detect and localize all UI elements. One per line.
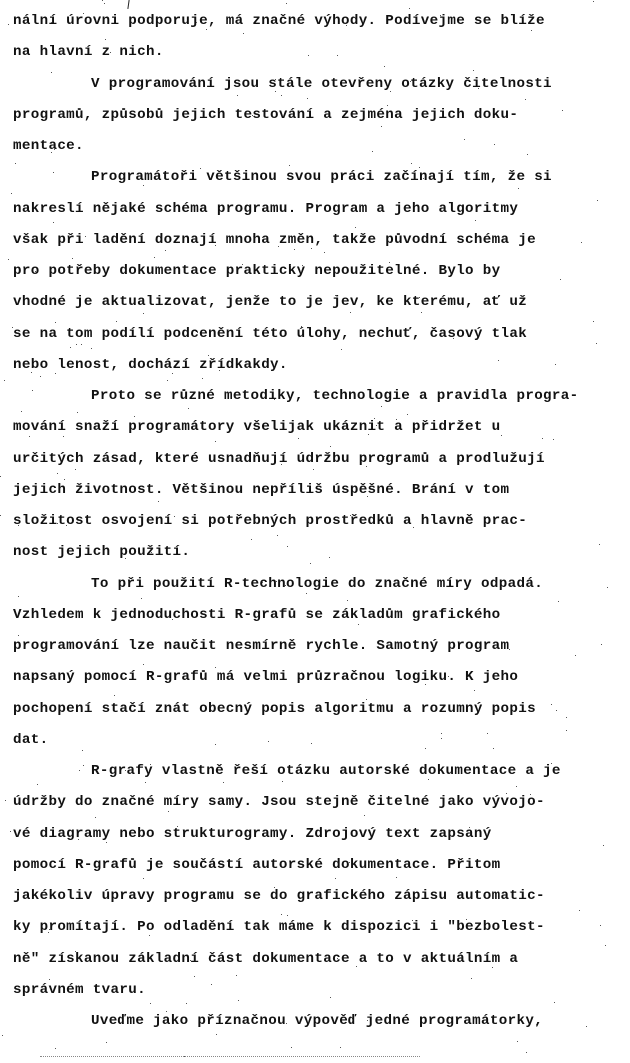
scan-speck — [575, 655, 576, 656]
scan-speck — [423, 178, 424, 179]
scan-speck — [35, 271, 36, 272]
scan-speck — [251, 539, 252, 540]
scan-speck — [315, 802, 316, 803]
scan-speck — [11, 193, 12, 194]
scan-speck — [412, 920, 413, 921]
scan-speck — [194, 976, 195, 977]
scan-speck — [581, 242, 582, 243]
scan-speck — [337, 55, 338, 56]
scan-speck — [40, 376, 41, 377]
scan-speck — [145, 782, 146, 783]
scan-speck — [413, 527, 414, 528]
scan-speck — [358, 624, 359, 625]
scan-speck — [238, 1000, 239, 1001]
scan-speck — [116, 321, 117, 322]
scan-speck — [474, 690, 475, 691]
scan-speck — [21, 411, 22, 412]
scan-speck — [190, 960, 191, 961]
text-line: V programování jsou stále otevřeny otázk… — [91, 75, 552, 93]
scan-speck — [593, 321, 594, 322]
scan-speck — [441, 733, 442, 734]
scan-speck — [243, 33, 244, 34]
scan-speck — [311, 743, 312, 744]
scan-speck — [335, 295, 336, 296]
scan-speck — [527, 154, 528, 155]
scan-speck — [215, 441, 216, 442]
scan-speck — [329, 557, 330, 558]
scan-speck — [53, 172, 54, 173]
scan-speck — [37, 784, 38, 785]
scan-speck — [330, 446, 331, 447]
scan-speck — [467, 677, 468, 678]
scan-speck — [409, 8, 410, 9]
scan-speck — [150, 1003, 151, 1004]
scan-speck — [368, 434, 369, 435]
scan-speck — [324, 252, 325, 253]
scan-speck — [75, 951, 76, 952]
scan-speck — [5, 800, 6, 801]
scan-speck — [350, 515, 351, 516]
scan-speck — [310, 563, 311, 564]
scan-speck — [85, 236, 86, 237]
scan-speck — [158, 501, 159, 502]
scan-speck — [31, 372, 32, 373]
scan-noise-line — [40, 1056, 420, 1058]
scan-speck — [487, 733, 488, 734]
scan-speck — [0, 515, 1, 516]
scan-speck — [410, 81, 411, 82]
scan-speck — [143, 878, 144, 879]
scan-speck — [78, 839, 79, 840]
scan-speck — [18, 525, 19, 526]
scan-speck — [290, 265, 291, 266]
text-line: určitých zásad, které usnadňují údržbu p… — [13, 450, 545, 468]
scan-speck — [381, 126, 382, 127]
scan-speck — [82, 750, 83, 751]
text-line: Programátoři většinou svou práci začínaj… — [91, 168, 552, 186]
text-line: nakreslí nějaké schéma programu. Program… — [13, 200, 518, 218]
scan-speck — [457, 520, 458, 521]
scan-speck — [174, 516, 175, 517]
scan-speck — [75, 469, 76, 470]
scan-speck — [0, 476, 1, 477]
scan-speck — [355, 227, 356, 228]
scan-speck — [330, 997, 331, 998]
scan-speck — [64, 479, 65, 480]
scan-speck — [364, 815, 365, 816]
scan-speck — [79, 770, 80, 771]
scan-speck — [51, 22, 52, 23]
scan-speck — [239, 836, 240, 837]
scan-speck — [566, 717, 567, 718]
scan-speck — [215, 744, 216, 745]
scan-speck — [206, 29, 207, 30]
scan-speck — [286, 1023, 287, 1024]
text-line: dat. — [13, 731, 48, 749]
scan-speck — [29, 436, 30, 437]
scan-speck — [526, 1052, 527, 1053]
scan-speck — [57, 523, 58, 524]
scan-speck — [186, 1003, 187, 1004]
scan-speck — [55, 322, 56, 323]
scan-speck — [188, 408, 189, 409]
scan-speck — [349, 862, 350, 863]
scan-speck — [478, 88, 479, 89]
scan-speck — [76, 344, 77, 345]
text-line: nální úrovni podporuje, má značné výhody… — [13, 12, 545, 30]
scan-speck — [281, 95, 282, 96]
scan-speck — [102, 0, 103, 1]
scan-speck — [286, 3, 287, 4]
scan-speck — [72, 258, 73, 259]
scan-speck — [350, 312, 351, 313]
scan-speck — [536, 1024, 537, 1025]
scan-speck — [8, 24, 9, 25]
text-line: vhodné je aktualizovat, jenže to je jev,… — [13, 293, 527, 311]
text-line: programů, způsobů jejich testování a zej… — [13, 106, 518, 124]
scan-speck — [236, 975, 237, 976]
scan-speck — [387, 105, 388, 106]
text-line: nost jejich použití. — [13, 543, 190, 561]
scan-speck — [15, 163, 16, 164]
scan-speck — [281, 464, 282, 465]
scan-speck — [492, 967, 493, 968]
scan-speck — [285, 585, 286, 586]
scan-speck — [202, 378, 203, 379]
scan-speck — [83, 13, 84, 14]
text-line: pro potřeby dokumentace prakticky nepouž… — [13, 262, 501, 280]
scan-speck — [268, 741, 269, 742]
scan-speck — [4, 380, 5, 381]
scan-speck — [177, 826, 178, 827]
text-line: programování lze naučit nesmírně rychle.… — [13, 637, 509, 655]
scan-speck — [306, 593, 307, 594]
scan-speck — [12, 327, 13, 328]
scan-speck — [506, 793, 507, 794]
scan-speck — [542, 438, 543, 439]
scan-speck — [278, 246, 279, 247]
scan-speck — [285, 922, 286, 923]
scan-speck — [389, 262, 390, 263]
scan-speck — [215, 245, 216, 246]
scan-speck — [396, 877, 397, 878]
scan-speck — [166, 1011, 167, 1012]
scan-speck — [287, 915, 288, 916]
text-line: se na tom podílí podcenění této úlohy, n… — [13, 325, 527, 343]
text-line: pochopení stačí znát obecný popis algori… — [13, 700, 536, 718]
text-line: pomocí R-grafů je součástí autorské doku… — [13, 856, 501, 874]
scan-speck — [143, 664, 144, 665]
scan-speck — [396, 419, 397, 420]
scan-speck — [367, 1020, 368, 1021]
scan-speck — [600, 925, 601, 926]
scan-speck — [282, 781, 283, 782]
scan-speck — [372, 151, 373, 152]
scan-speck — [195, 864, 196, 865]
scan-speck — [53, 222, 54, 223]
scan-speck — [242, 264, 243, 265]
scan-speck — [70, 347, 71, 348]
text-line: ky promítají. Po odladění tak máme k dis… — [13, 918, 545, 936]
scan-speck — [55, 1048, 56, 1049]
scan-speck — [48, 932, 49, 933]
scan-speck — [211, 984, 212, 985]
scan-speck — [10, 831, 11, 832]
scan-speck — [294, 249, 295, 250]
scan-speck — [471, 978, 472, 979]
scan-speck — [593, 1, 594, 2]
scan-speck — [553, 439, 554, 440]
scan-speck — [262, 582, 263, 583]
scan-speck — [419, 167, 420, 168]
scan-speck — [49, 929, 50, 930]
scan-speck — [143, 185, 144, 186]
text-line: ně" získanou základní část dokumentace a… — [13, 950, 518, 968]
scan-speck — [200, 168, 201, 169]
scan-speck — [66, 525, 67, 526]
scan-speck — [208, 355, 209, 356]
scan-speck — [407, 414, 408, 415]
scan-speck — [54, 149, 55, 150]
scan-speck — [374, 418, 375, 419]
text-line: napsaný pomocí R-grafů má velmi průzračn… — [13, 668, 518, 686]
scan-speck — [141, 598, 142, 599]
scan-speck — [125, 558, 126, 559]
scan-speck — [167, 380, 168, 381]
text-line: správném tvaru. — [13, 981, 146, 999]
scan-speck — [151, 552, 152, 553]
scan-speck — [8, 259, 9, 260]
scan-speck — [165, 250, 166, 251]
scan-speck — [525, 99, 526, 100]
scan-speck — [302, 265, 303, 266]
scan-speck — [63, 436, 64, 437]
scan-speck — [105, 39, 106, 40]
scan-speck — [18, 635, 19, 636]
scan-speck — [335, 878, 336, 879]
scan-speck — [337, 958, 338, 959]
scan-speck — [150, 764, 151, 765]
scan-speck — [106, 1042, 107, 1043]
scan-speck — [464, 139, 465, 140]
scan-speck — [475, 220, 476, 221]
text-line: mentace. — [13, 137, 84, 155]
scan-speck — [219, 370, 220, 371]
scan-speck — [366, 466, 367, 467]
scan-speck — [411, 163, 412, 164]
scanned-document-page: nální úrovni podporuje, má značné výhody… — [0, 0, 630, 1063]
scan-speck — [277, 535, 278, 536]
scan-speck — [274, 887, 275, 888]
scan-speck — [275, 79, 276, 80]
scan-speck — [51, 72, 52, 73]
scan-speck — [596, 343, 597, 344]
scan-speck — [341, 349, 342, 350]
scan-speck — [494, 144, 495, 145]
scan-speck — [384, 66, 385, 67]
scan-speck — [346, 25, 347, 26]
text-line: na hlavní z nich. — [13, 43, 164, 61]
scan-speck — [498, 360, 499, 361]
scan-speck — [555, 364, 556, 365]
scan-speck — [473, 70, 474, 71]
text-line: údržby do značné míry samy. Jsou stejně … — [13, 793, 545, 811]
scan-speck — [313, 469, 314, 470]
scan-speck — [253, 236, 254, 237]
scan-speck — [466, 919, 467, 920]
text-line: Uveďme jako příznačnou výpověď jedné pro… — [91, 1012, 543, 1030]
scan-speck — [262, 237, 263, 238]
text-line: však při ladění doznají mnoha změn, takž… — [13, 231, 536, 249]
scan-speck — [143, 313, 144, 314]
scan-speck — [197, 332, 198, 333]
scan-speck — [55, 373, 56, 374]
scan-speck — [448, 676, 449, 677]
scan-speck — [154, 257, 155, 258]
scan-speck — [248, 300, 249, 301]
scan-speck — [560, 279, 561, 280]
scan-speck — [114, 695, 115, 696]
text-line: nebo lenost, dochází zřídkakdy. — [13, 356, 288, 374]
scan-speck — [566, 730, 567, 731]
scan-speck — [501, 435, 502, 436]
scan-speck — [196, 22, 197, 23]
scan-speck — [384, 456, 385, 457]
scan-speck — [421, 312, 422, 313]
scan-speck — [381, 406, 382, 407]
scan-speck — [603, 845, 604, 846]
scan-speck — [493, 748, 494, 749]
scan-speck — [531, 30, 532, 31]
text-line: To při použití R-technologie do značné m… — [91, 575, 543, 593]
text-line: jejich životnost. Většinou nepříliš úspě… — [13, 481, 509, 499]
scan-speck — [291, 1047, 292, 1048]
scan-speck — [376, 425, 377, 426]
scan-speck — [516, 786, 517, 787]
scan-speck — [168, 811, 169, 812]
scan-speck — [106, 842, 107, 843]
scan-speck — [517, 1041, 518, 1042]
text-line: Proto se různé metodiky, technologie a p… — [91, 387, 579, 405]
scan-speck — [83, 765, 84, 766]
scan-speck — [2, 1035, 3, 1036]
scan-speck — [311, 248, 312, 249]
scan-speck — [518, 188, 519, 189]
scan-speck — [441, 738, 442, 739]
scan-speck — [579, 910, 580, 911]
scan-speck — [49, 979, 50, 980]
text-line: vé diagramy nebo strukturogramy. Zdrojov… — [13, 825, 492, 843]
scan-speck — [509, 649, 510, 650]
scan-speck — [134, 416, 135, 417]
scan-speck — [252, 115, 253, 116]
scan-speck — [425, 748, 426, 749]
scan-speck — [367, 496, 368, 497]
scan-speck — [270, 709, 271, 710]
scan-speck — [488, 270, 489, 271]
scan-speck — [223, 782, 224, 783]
scan-speck — [307, 98, 308, 99]
scan-speck — [281, 914, 282, 915]
scan-speck — [172, 619, 173, 620]
scan-speck — [32, 390, 33, 391]
scan-speck — [287, 546, 288, 547]
scan-speck — [453, 338, 454, 339]
scan-speck — [440, 15, 441, 16]
text-line: složitost osvojení si potřebných prostře… — [13, 512, 527, 530]
scan-speck — [237, 95, 238, 96]
scan-speck — [149, 935, 150, 936]
scan-speck — [81, 344, 82, 345]
text-line: mování snaží programátory všelijak ukázn… — [13, 418, 501, 436]
scan-speck — [562, 110, 563, 111]
scan-speck — [125, 770, 126, 771]
scan-speck — [276, 581, 277, 582]
scan-speck — [77, 412, 78, 413]
scan-speck — [301, 326, 302, 327]
scan-speck — [605, 945, 606, 946]
scan-speck — [57, 473, 58, 474]
scan-speck — [551, 704, 552, 705]
scan-speck — [91, 348, 92, 349]
scan-speck — [428, 779, 429, 780]
scan-speck — [274, 399, 275, 400]
text-line: jakékoliv úpravy programu se do grafické… — [13, 887, 545, 905]
scan-speck — [308, 55, 309, 56]
scan-speck — [558, 601, 559, 602]
scan-speck — [356, 966, 357, 967]
scan-speck — [390, 91, 391, 92]
scan-speck — [51, 152, 52, 153]
scan-speck — [340, 1047, 341, 1048]
scan-speck — [289, 165, 290, 166]
scan-speck — [95, 817, 96, 818]
scan-speck — [172, 373, 173, 374]
scan-speck — [425, 684, 426, 685]
scan-speck — [530, 794, 531, 795]
scan-speck — [215, 667, 216, 668]
scan-speck — [394, 392, 395, 393]
scan-speck — [104, 3, 105, 4]
scan-speck — [366, 699, 367, 700]
scan-speck — [110, 52, 111, 53]
scan-speck — [556, 710, 557, 711]
scan-speck — [601, 644, 602, 645]
scan-speck — [607, 587, 608, 588]
scan-speck — [275, 91, 276, 92]
scan-speck — [298, 438, 299, 439]
scan-speck — [419, 297, 420, 298]
scan-speck — [216, 1034, 217, 1035]
text-line: R-grafy vlastně řeší otázku autorské dok… — [91, 762, 561, 780]
scan-speck — [18, 596, 19, 597]
scan-speck — [554, 1002, 555, 1003]
scan-speck — [469, 827, 470, 828]
scan-speck — [551, 763, 552, 764]
scan-speck — [273, 524, 274, 525]
scan-speck — [597, 200, 598, 201]
scan-artifact-mark — [127, 0, 129, 9]
scan-speck — [586, 1026, 587, 1027]
scan-speck — [347, 600, 348, 601]
text-line: Vzhledem k jednoduchosti R-grafů se zákl… — [13, 606, 501, 624]
scan-speck — [599, 544, 600, 545]
